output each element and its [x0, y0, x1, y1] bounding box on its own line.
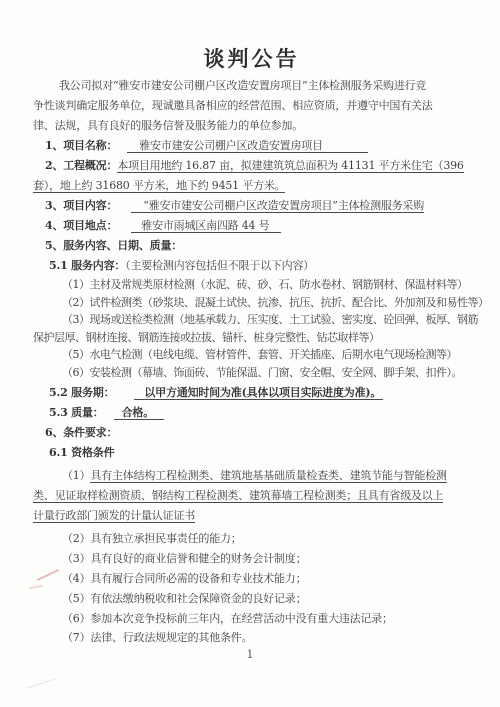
item-project-name: 1、项目名称：雅安市建安公司棚户区改造安置房项目 — [33, 136, 470, 156]
service-point-1: （1）主材及常规类原材检测（水泥、砖、砂、石、防水卷材、钢筋钢材、保温材料等） — [33, 276, 470, 294]
item-project-content: 3、项目内容：“雅安市建安公司棚户区改造安置房项目”主体检测服务采购 — [33, 196, 470, 216]
service-point-5: （5）水电气检测（电线电缆、管材管件、套管、开关插座、后期水电气现场检测等） — [33, 346, 470, 364]
service-period-label: 5.2 服务期： — [49, 386, 114, 399]
qualification-5: （5）有依法缴纳税收和社会保障资金的良好记录； — [33, 589, 470, 609]
qualification-4: （4）具有履行合同所必需的设备和专业技术能力； — [33, 569, 470, 589]
scan-artifact-fold-mark — [27, 678, 56, 688]
item-project-overview-line-1: 2、工程概况：本项目用地约 16.87 亩，拟建建筑筑总面积为 41131 平方… — [33, 156, 470, 176]
qualification-7: （7）法律、行政法规规定的其他条件。 — [33, 628, 470, 648]
service-content-note: （主要检测内容包括但不限于以下内容） — [125, 259, 314, 272]
service-point-3-line-1: （3）现场或送检类检测（地基承载力、压实度、土工试验、密实度、砼回弹、板厚、钢筋 — [33, 311, 470, 329]
qualification-1-line-1: （1）具有主体结构工程检测类、建筑地基基础质量检查类、建筑节能与智能检测 — [33, 466, 470, 486]
item-project-location-value: 雅安市雨城区南四路 44 号 — [131, 219, 281, 233]
document-title: 谈判公告 — [33, 46, 470, 72]
qualification-1-text-1: 具有主体结构工程检测类、建筑地基基础质量检查类、建筑节能与智能检测 — [90, 469, 446, 483]
service-content-label: 5.1 服务内容： — [49, 259, 125, 272]
intro-line-2: 争性谈判确定服务单位，现诚邀具备相应的经营范围、相应资质，并遵守中国有关法 — [33, 96, 470, 116]
qualification-1-line-3: 计量行政部门颁发的计量认证证书 — [33, 506, 470, 526]
item-project-content-label: 3、项目内容： — [45, 199, 117, 212]
service-period-value: 以甲方通知时间为准(具体以项目实际进度为准)。 — [134, 386, 383, 400]
qualification-heading-label: 6.1 资格条件 — [49, 446, 114, 459]
qualification-3: （3）具有良好的商业信誉和健全的财务会计制度； — [33, 549, 470, 569]
qualification-1-line-2: 类、见证取样检测资质、钢结构工程检测类、建筑幕墙工程检测类；且具有省级及以上 — [33, 486, 470, 506]
service-point-3-line-2: 保护层厚、钢材连接、钢筋连接或拉拔、锚杆、桩身完整性、钻芯取样等） — [33, 329, 470, 347]
page-number: 1 — [0, 648, 500, 661]
item-project-overview-value-2: 套），地上约 31680 平方米，地下约 9451 平方米。 — [33, 179, 285, 193]
item-project-overview-line-2: 套），地上约 31680 平方米，地下约 9451 平方米。 — [33, 176, 470, 196]
item-project-location: 4、项目地点：雅安市雨城区南四路 44 号 — [33, 216, 470, 236]
scanned-document-page: 谈判公告 我公司拟对“雅安市建安公司棚户区改造安置房项目”主体检测服务采购进行竞… — [0, 0, 500, 707]
item-project-name-value: 雅安市建安公司棚户区改造安置房项目 — [127, 139, 368, 153]
service-period: 5.2 服务期：以甲方通知时间为准(具体以项目实际进度为准)。 — [33, 383, 470, 403]
item-project-name-label: 1、项目名称： — [45, 139, 117, 152]
qualification-1-prefix: （1） — [62, 469, 90, 482]
intro-line-1: 我公司拟对“雅安市建安公司棚户区改造安置房项目”主体检测服务采购进行竞 — [33, 76, 470, 96]
service-quality-value: 合格。 — [114, 406, 164, 420]
conditions-heading: 6、条件要求： — [33, 423, 470, 443]
qualification-1-text-3: 计量行政部门颁发的计量认证证书 — [33, 509, 195, 523]
service-point-2: （2）试件检测类（砂浆块、混凝土试快、抗渗、抗压、抗折、配合比、外加剂及和易性等… — [33, 294, 470, 312]
service-content-heading: 5.1 服务内容：（主要检测内容包括但不限于以下内容） — [33, 256, 470, 276]
document-content: 谈判公告 我公司拟对“雅安市建安公司棚户区改造安置房项目”主体检测服务采购进行竞… — [33, 46, 470, 648]
conditions-heading-label: 6、条件要求： — [45, 426, 117, 439]
item-service-heading-label: 5、服务内容、日期、质量： — [45, 239, 182, 252]
item-project-location-label: 4、项目地点： — [45, 219, 117, 232]
intro-line-3: 律、法规，具有良好的服务信誉及服务能力的单位参加。 — [33, 116, 470, 136]
qualification-6: （6）参加本次竞争投标前三年内，在经营活动中没有重大违法记录； — [33, 609, 470, 629]
service-quality-label: 5.3 质量： — [49, 406, 104, 419]
item-service-heading: 5、服务内容、日期、质量： — [33, 236, 470, 256]
qualification-1-text-2: 类、见证取样检测资质、钢结构工程检测类、建筑幕墙工程检测类；且具有省级及以上 — [33, 489, 443, 503]
qualification-heading: 6.1 资格条件 — [33, 443, 470, 463]
item-project-overview-value-1: 本项目用地约 16.87 亩，拟建建筑筑总面积为 41131 平方米住宅（396 — [117, 159, 463, 173]
service-point-6: （6）安装检测（幕墙、饰面砖、节能保温、门窗、安全帽、安全网、脚手架、扣件）。 — [33, 364, 470, 382]
item-project-overview-label: 2、工程概况： — [45, 159, 117, 172]
item-project-content-value: “雅安市建安公司棚户区改造安置房项目”主体检测服务采购 — [131, 199, 424, 213]
qualification-2: （2）具有独立承担民事责任的能力； — [33, 529, 470, 549]
service-quality: 5.3 质量：合格。 — [33, 403, 470, 423]
